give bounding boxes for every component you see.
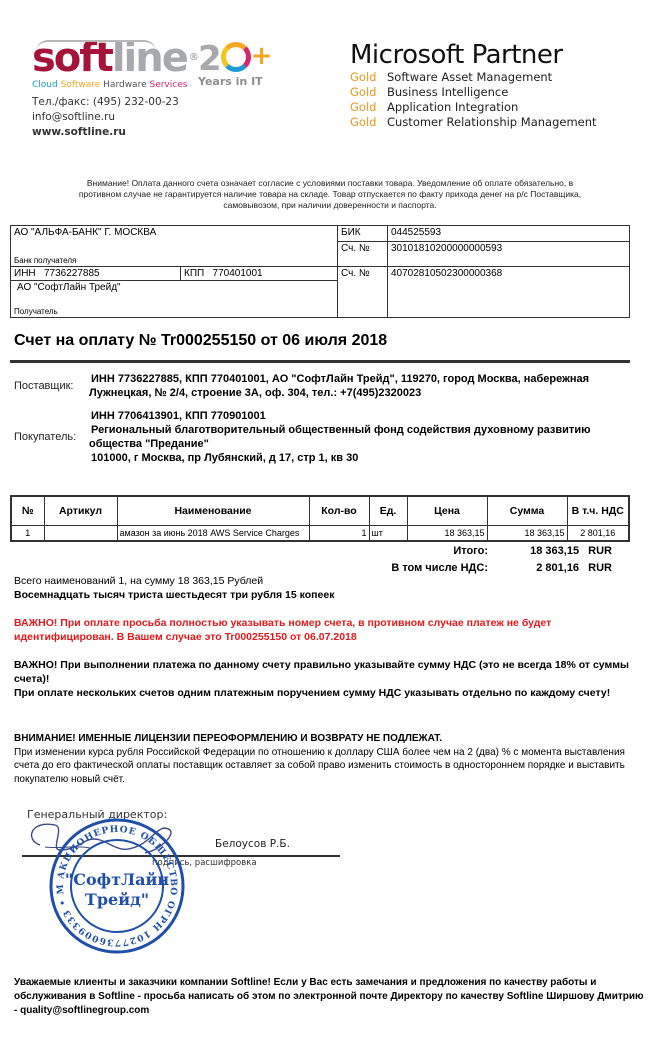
table-header-row: № Артикул Наименование Кол-во Ед. Цена С…	[11, 496, 629, 526]
plus-sign: +	[251, 41, 271, 71]
vat-warning-2: При оплате нескольких счетов одним плате…	[14, 686, 634, 700]
competency-row: GoldSoftware Asset Management	[350, 70, 597, 85]
competency-level: Gold	[350, 115, 387, 130]
buyer-label: Покупатель:	[14, 430, 76, 444]
competency-level: Gold	[350, 85, 387, 100]
competency-name: Business Intelligence	[387, 85, 508, 99]
logo-tagline: Cloud Software Hardware Services	[32, 80, 197, 90]
vat-warning-1: ВАЖНО! При выполнении платежа по данному…	[14, 658, 634, 686]
tag-hardware: Hardware	[103, 80, 146, 90]
competency-name: Customer Relationship Management	[387, 115, 597, 129]
col-header-vat: В т.ч. НДС	[567, 496, 629, 526]
col-header-num: №	[11, 496, 44, 526]
colored-zero-icon	[221, 42, 251, 72]
account-label: Сч. №	[338, 267, 388, 318]
buyer-block: Покупатель: ИНН 7706413901, КПП 77090100…	[0, 409, 660, 465]
vat-currency: RUR	[588, 562, 612, 574]
bank-label: Банк получателя	[14, 256, 76, 265]
competency-level: Gold	[350, 70, 387, 85]
total-value: 18 363,15	[491, 544, 579, 559]
registered-mark: ®	[189, 52, 197, 63]
items-count-line: Всего наименований 1, на сумму 18 363,15…	[14, 574, 634, 588]
cell-name: амазон за июнь 2018 AWS Service Charges	[117, 526, 309, 542]
col-header-article: Артикул	[44, 496, 117, 526]
competency-name: Software Asset Management	[387, 70, 552, 84]
ms-partner-title: Microsoft Partner	[350, 40, 597, 70]
col-header-name: Наименование	[117, 496, 309, 526]
col-header-price: Цена	[407, 496, 487, 526]
important-invoice-number-warning: ВАЖНО! При оплате просьба полностью указ…	[14, 616, 634, 644]
years-caption: Years in IT	[198, 75, 270, 88]
recipient-cell: АО "СофтЛайн Трейд" Получатель	[11, 281, 338, 318]
contacts: Тел./факс: (495) 232-00-23 info@softline…	[32, 95, 179, 140]
cell-vat: 2 801,16	[567, 526, 629, 542]
tag-services: Services	[149, 80, 187, 90]
supplier-line-1: ИНН 7736227885, КПП 770401001, АО "СофтЛ…	[89, 372, 629, 386]
total-currency: RUR	[588, 545, 612, 557]
table-row: 1 амазон за июнь 2018 AWS Service Charge…	[11, 526, 629, 542]
supplier-line-2: Лужнецкая, № 2/4, строение 3А, оф. 304, …	[89, 386, 629, 400]
tag-software: Software	[61, 80, 101, 90]
col-header-qty: Кол-во	[309, 496, 369, 526]
tag-cloud: Cloud	[32, 80, 58, 90]
bank-details-table: АО "АЛЬФА-БАНК" Г. МОСКВА Банк получател…	[10, 225, 630, 318]
cell-price: 18 363,15	[407, 526, 487, 542]
supplier-block: Поставщик: ИНН 7736227885, КПП 770401001…	[0, 372, 660, 404]
competency-name: Application Integration	[387, 100, 518, 114]
payment-notice: Внимание! Оплата данного счета означает …	[70, 178, 590, 211]
exchange-rate-clause: При изменении курса рубля Российской Фед…	[14, 746, 634, 787]
goods-table: № Артикул Наименование Кол-во Ед. Цена С…	[10, 495, 630, 542]
email-link[interactable]: info@softline.ru	[32, 110, 179, 125]
kpp-value: 770401001	[213, 268, 263, 279]
recipient-label: Получатель	[14, 307, 58, 316]
competency-row: GoldCustomer Relationship Management	[350, 115, 597, 130]
buyer-line-1: ИНН 7706413901, КПП 770901001	[89, 409, 629, 423]
website-link[interactable]: www.softline.ru	[32, 125, 179, 140]
company-stamp-icon: АКЦИОНЕРНОЕ ОБЩЕСТВО ОГРН 1027736009333 …	[48, 817, 186, 955]
total-label: Итого:	[370, 544, 488, 559]
recipient-name: АО "СофтЛайн Трейд"	[14, 282, 334, 293]
svg-text:Трейд": Трейд"	[85, 890, 149, 909]
col-header-unit: Ед.	[369, 496, 407, 526]
bik-label: БИК	[338, 226, 388, 242]
inn-cell: ИНН 7736227885	[11, 267, 181, 281]
amount-in-words: Восемнадцать тысяч триста шестьдесят три…	[14, 588, 634, 602]
competency-row: GoldBusiness Intelligence	[350, 85, 597, 100]
total-row: Итого: 18 363,15 RUR	[370, 544, 612, 559]
buyer-details: ИНН 7706413901, КПП 770901001 Региональн…	[89, 409, 629, 465]
supplier-details: ИНН 7736227885, КПП 770401001, АО "СофтЛ…	[89, 372, 629, 400]
inn-value: 7736227885	[44, 268, 100, 279]
bik-value: 044525593	[388, 226, 630, 242]
cell-num: 1	[11, 526, 44, 542]
license-warning: ВНИМАНИЕ! ИМЕННЫЕ ЛИЦЕНЗИИ ПЕРЕОФОРМЛЕНИ…	[14, 732, 634, 746]
cell-article	[44, 526, 117, 542]
buyer-line-2: Региональный благотворительный обществен…	[89, 423, 629, 437]
invoice-title: Счет на оплату № Tr000255150 от 06 июля …	[14, 332, 387, 350]
inn-label: ИНН	[14, 268, 36, 279]
kpp-label: КПП	[184, 268, 204, 279]
kpp-cell: КПП 770401001	[181, 267, 338, 281]
cell-unit: шт	[369, 526, 407, 542]
corr-account-label: Сч. №	[338, 242, 388, 267]
account-value: 40702810502300000368	[388, 267, 630, 318]
bank-name-cell: АО "АЛЬФА-БАНК" Г. МОСКВА Банк получател…	[11, 226, 338, 267]
anniversary-logo: 2+ Years in IT	[198, 38, 270, 88]
quality-feedback-footer: Уважаемые клиенты и заказчики компании S…	[14, 976, 644, 1018]
license-block: ВНИМАНИЕ! ИМЕННЫЕ ЛИЦЕНЗИИ ПЕРЕОФОРМЛЕНИ…	[14, 732, 634, 786]
microsoft-partner-badge: Microsoft Partner GoldSoftware Asset Man…	[350, 40, 597, 130]
signatory-name: Белоусов Р.Б.	[215, 838, 290, 850]
summary-block: Всего наименований 1, на сумму 18 363,15…	[14, 574, 634, 602]
cell-sum: 18 363,15	[487, 526, 567, 542]
corr-account-value: 30101810200000000593	[388, 242, 630, 267]
competency-row: GoldApplication Integration	[350, 100, 597, 115]
title-divider	[10, 360, 630, 363]
competency-level: Gold	[350, 100, 387, 115]
phone: Тел./факс: (495) 232-00-23	[32, 95, 179, 110]
vat-warning-block: ВАЖНО! При выполнении платежа по данному…	[14, 658, 634, 700]
supplier-label: Поставщик:	[14, 379, 73, 393]
softline-logo: softline® Cloud Software Hardware Servic…	[32, 38, 197, 90]
totals-block: Итого: 18 363,15 RUR В том числе НДС: 2 …	[370, 544, 612, 576]
logo-swoosh	[36, 40, 156, 52]
col-header-sum: Сумма	[487, 496, 567, 526]
buyer-line-4: 101000, г Москва, пр Лубянский, д 17, ст…	[89, 451, 629, 465]
years-digit: 2	[198, 39, 220, 79]
bank-name: АО "АЛЬФА-БАНК" Г. МОСКВА	[14, 227, 334, 238]
buyer-line-3: общества "Предание"	[89, 437, 629, 451]
svg-text:"СофтЛайн: "СофтЛайн	[65, 870, 169, 889]
cell-qty: 1	[309, 526, 369, 542]
